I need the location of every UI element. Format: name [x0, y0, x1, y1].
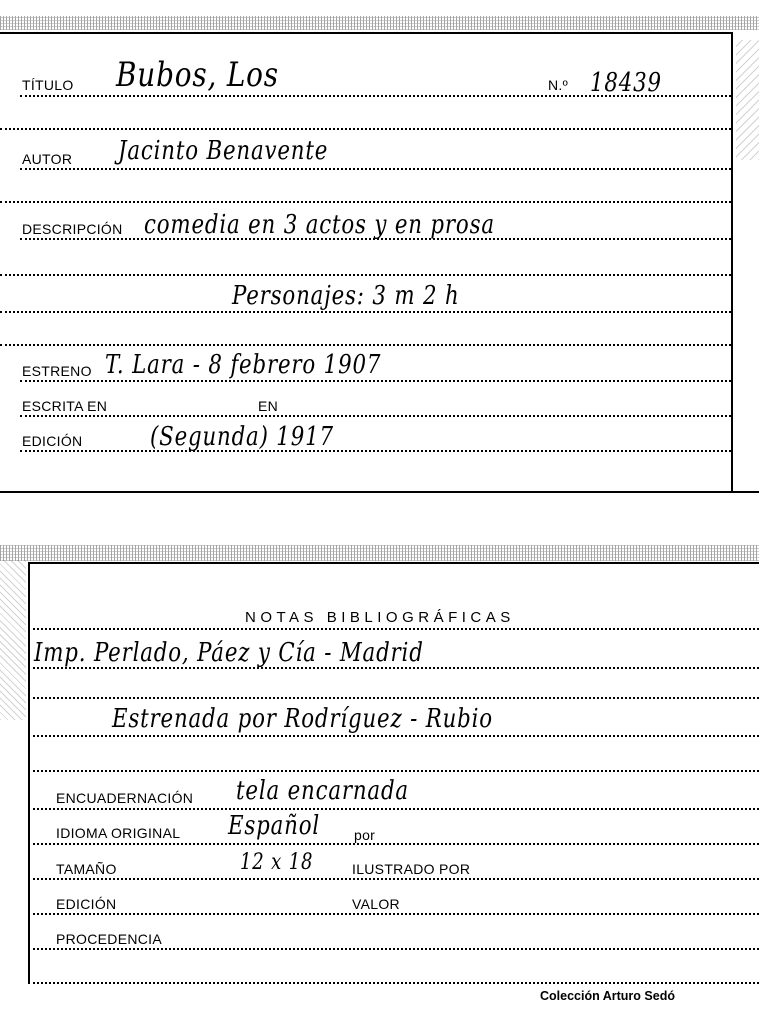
idioma-line [28, 843, 759, 845]
procedencia-line [28, 948, 759, 950]
blank-line-1 [0, 128, 731, 130]
tamano-value: 12 x 18 [240, 852, 313, 874]
estreno-label: ESTRENO [22, 364, 92, 378]
bottom-card-border-left [28, 562, 30, 982]
scan-noise-top [0, 16, 759, 30]
estreno-line [20, 380, 731, 382]
nota-2-line [28, 735, 759, 737]
notas-line-0 [28, 628, 759, 630]
personajes-value: Personajes: 3 m 2 h [232, 283, 460, 309]
edicion-value: (Segunda) 1917 [150, 424, 334, 450]
encuadernacion-value: tela encarnada [236, 778, 409, 804]
idioma-label: IDIOMA ORIGINAL [56, 826, 180, 840]
edicion-label: EDICIÓN [22, 434, 82, 448]
estreno-value: T. Lara - 8 febrero 1907 [105, 352, 381, 378]
scan-noise-left [0, 560, 26, 720]
descripcion-label: DESCRIPCIÓN [22, 222, 123, 236]
blank-line-7 [28, 982, 759, 984]
nota-2: Estrenada por Rodríguez - Rubio [112, 706, 493, 732]
edicion2-label: EDICIÓN [56, 897, 116, 911]
top-card-border-top [0, 32, 733, 34]
top-card-bottom-edge [0, 491, 759, 493]
notas-heading: NOTAS BIBLIOGRÁFICAS [245, 609, 515, 626]
tamano-label: TAMAÑO [56, 862, 117, 876]
personajes-line [0, 311, 731, 313]
autor-label: AUTOR [22, 152, 72, 166]
idioma-por-label: por [354, 828, 375, 842]
valor-label: VALOR [352, 897, 400, 911]
numero-value: 18439 [590, 70, 662, 96]
collection-footer: Colección Arturo Sedó [540, 989, 675, 1003]
nota-1-line [28, 667, 759, 669]
scan-noise-top-2 [0, 545, 759, 561]
edicion2-line [28, 913, 759, 915]
blank-line-5 [28, 697, 759, 699]
descripcion-value: comedia en 3 actos y en prosa [144, 212, 495, 238]
idioma-value: Español [228, 813, 320, 839]
escrita-en-label: ESCRITA EN [22, 399, 107, 413]
edicion-line [20, 450, 731, 452]
encuadernacion-label: ENCUADERNACIÓN [56, 791, 193, 805]
autor-line [20, 168, 731, 170]
procedencia-label: PROCEDENCIA [56, 932, 162, 946]
descripcion-line [20, 238, 731, 240]
numero-label: N.º [548, 78, 568, 92]
blank-line-6 [28, 770, 759, 772]
blank-line-3 [0, 274, 731, 276]
blank-line-2 [0, 201, 731, 203]
titulo-value: Bubos, Los [116, 58, 279, 92]
titulo-line [20, 95, 731, 97]
scan-noise-right [736, 40, 759, 160]
escrita-en-fecha-label: EN [258, 399, 278, 413]
top-card-border-right [731, 32, 733, 492]
titulo-label: TÍTULO [22, 78, 74, 92]
tamano-line [28, 878, 759, 880]
autor-value: Jacinto Benavente [118, 138, 328, 164]
ilustrado-label: ILUSTRADO POR [352, 862, 470, 876]
escrita-en-line [20, 415, 731, 417]
encuadernacion-line [28, 808, 759, 810]
blank-line-4 [0, 344, 731, 346]
nota-1: Imp. Perlado, Páez y Cía - Madrid [34, 640, 424, 666]
bottom-card-border-top [28, 562, 759, 564]
